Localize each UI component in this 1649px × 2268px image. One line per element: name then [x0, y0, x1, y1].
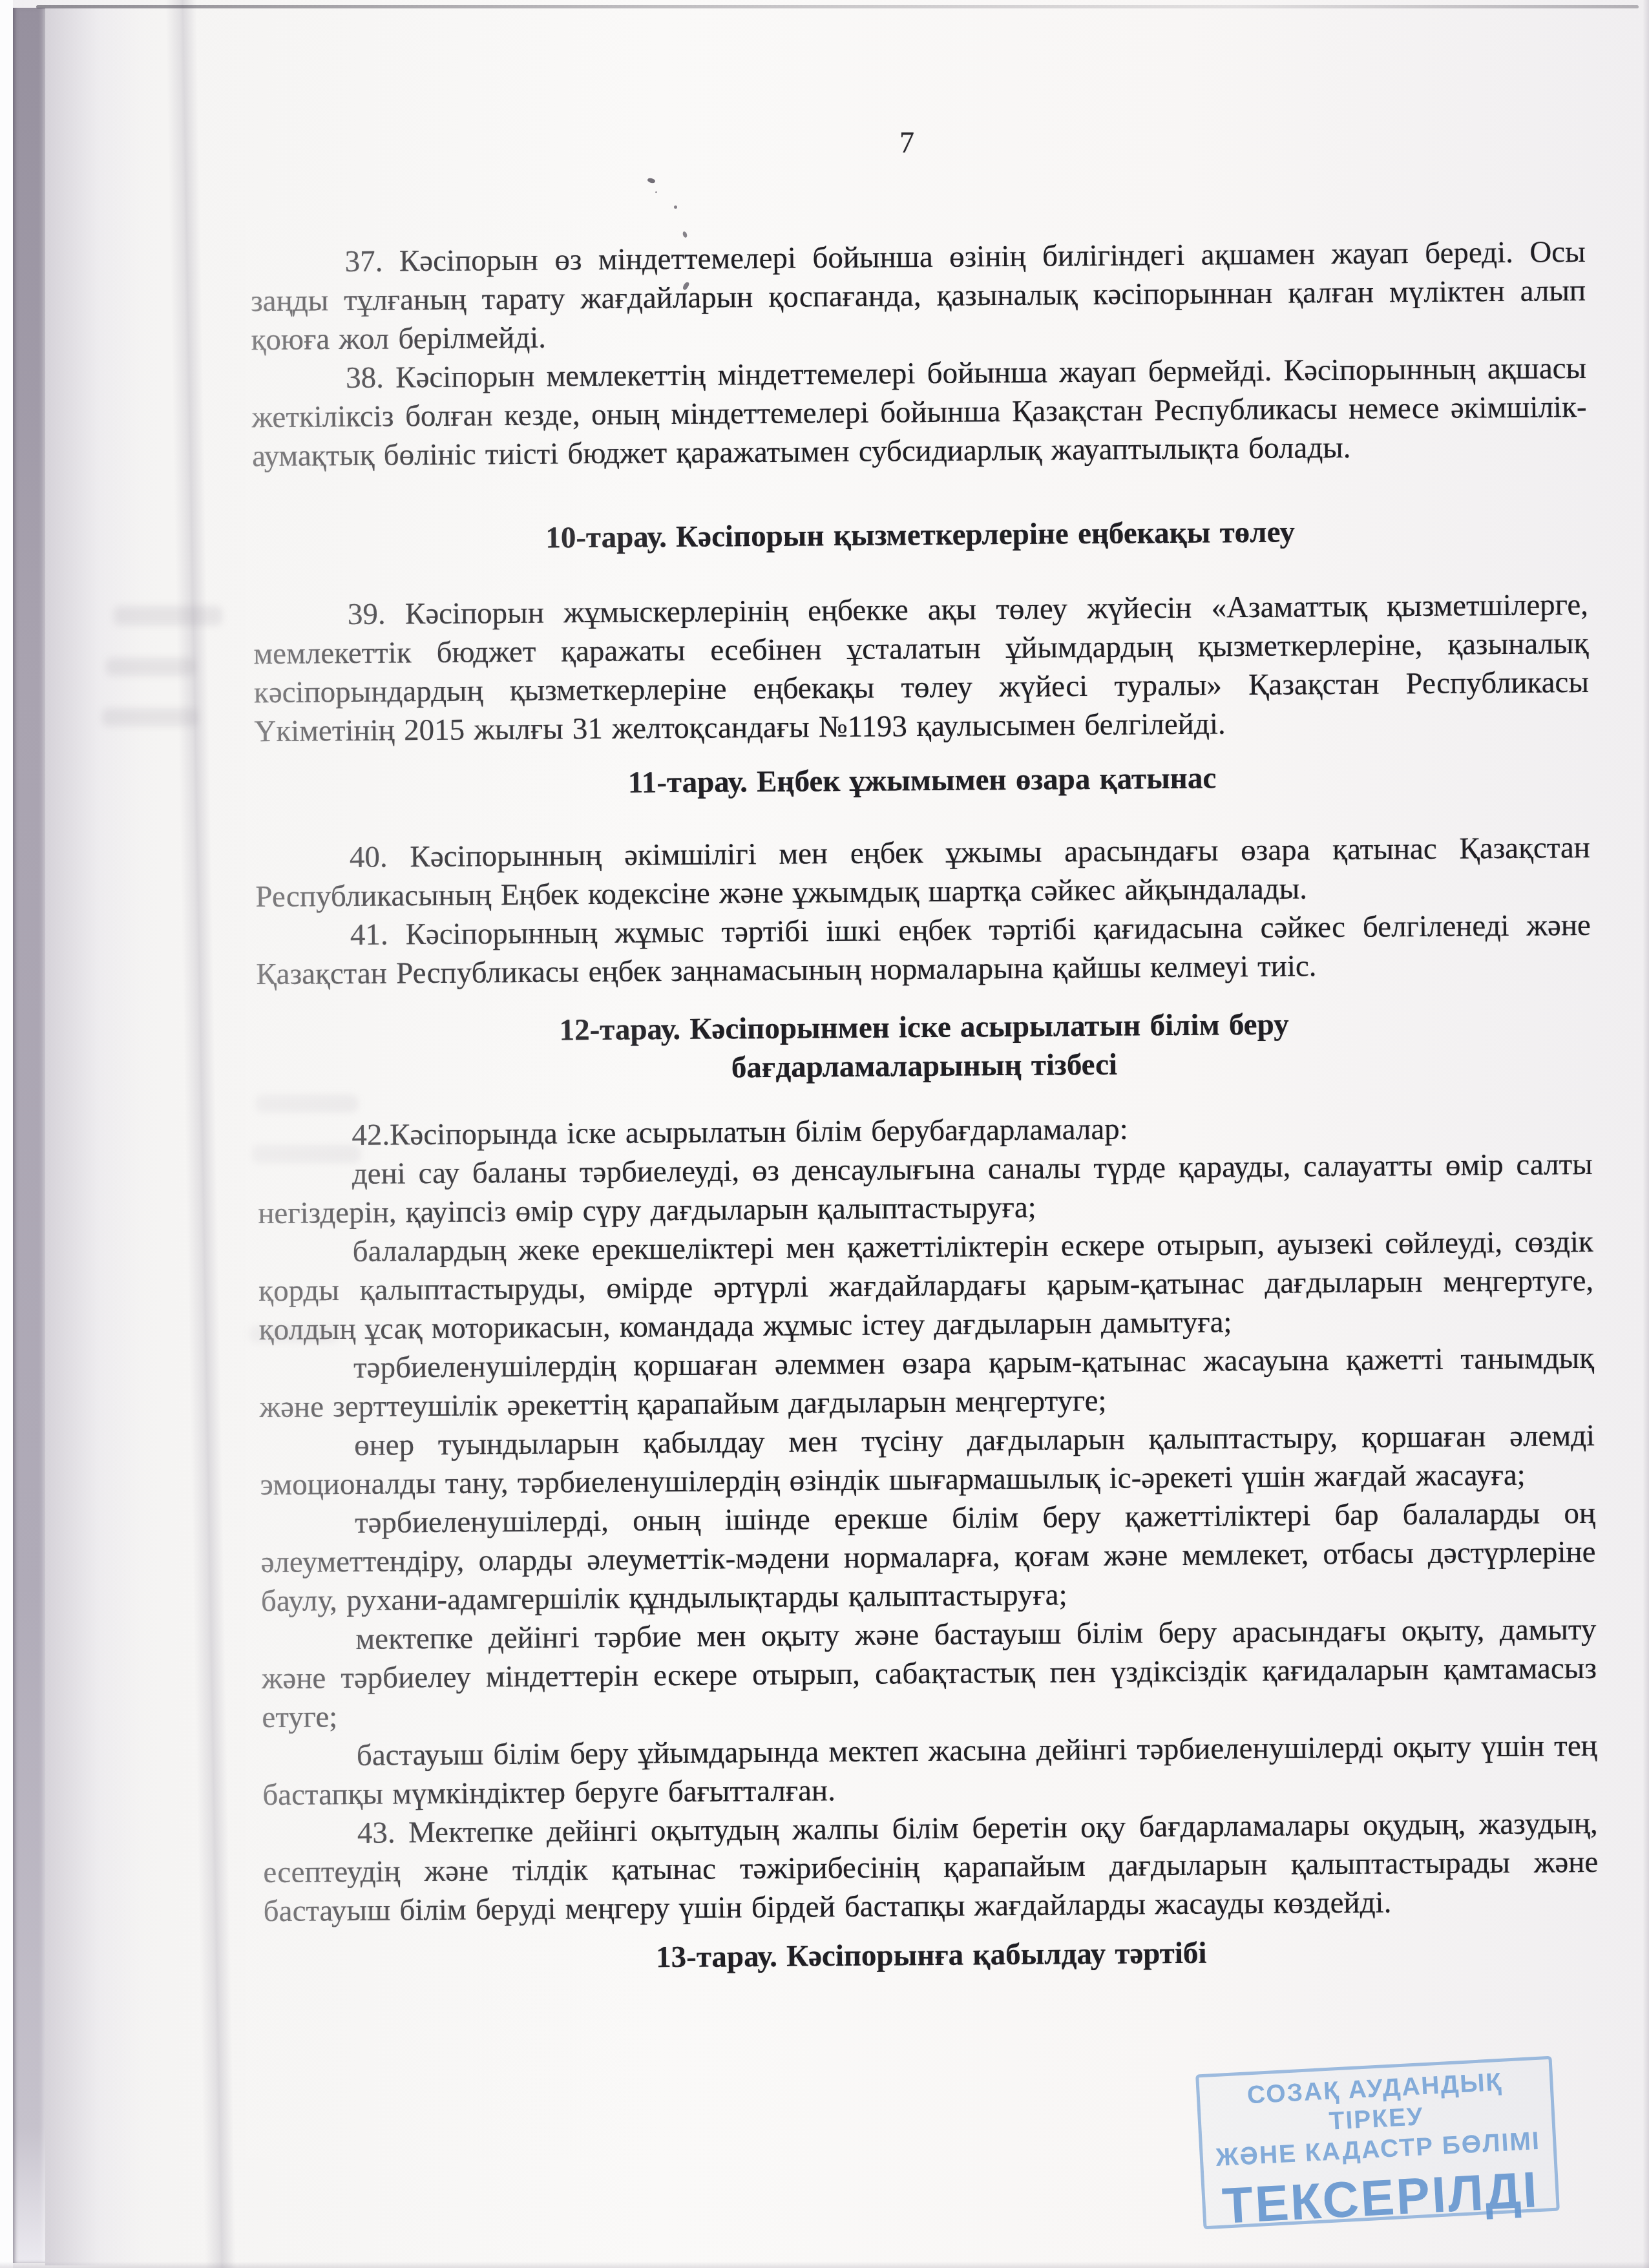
- ink-speck: [647, 177, 656, 184]
- chapter-12-heading: 12-тарау. Кәсіпорынмен іске асырылатын б…: [257, 1003, 1592, 1091]
- page-fold-shadow: [165, 0, 236, 2268]
- paragraph-43: 43. Мектепке дейінгі оқытудың жалпы білі…: [263, 1804, 1599, 1931]
- page-number: 7: [899, 127, 914, 159]
- ink-speck: [655, 191, 657, 193]
- scanner-edge-soft-shadow: [45, 8, 142, 2265]
- ink-speck: [674, 205, 677, 209]
- scan-top-edge-line: [36, 5, 1639, 8]
- ghost-text-smudge: [102, 708, 198, 726]
- scan-bottom-edge-shade: [0, 2262, 1649, 2268]
- chapter-10-heading: 10-тарау. Кәсіпорын қызметкерлеріне еңбе…: [253, 510, 1588, 560]
- registration-stamp: СОЗАҚ АУДАНДЫҚ ТІРКЕУ ЖӘНЕ КАДАСТР БӨЛІМ…: [1195, 2056, 1560, 2230]
- chapter-11-heading: 11-тарау. Еңбек ұжымымен өзара қатынас: [255, 756, 1590, 805]
- paragraph-37: 37. Кәсіпорын өз міндеттемелері бойынша …: [250, 233, 1586, 359]
- scanned-document-page: 7 37. Кәсіпорын өз міндеттемелері бойынш…: [0, 0, 1649, 2268]
- chapter-13-heading: 13-тарау. Кәсіпорынға қабылдау тәртібі: [264, 1931, 1599, 1980]
- paragraph-42-item-7: бастауыш білім беру ұйымдарында мектеп ж…: [262, 1727, 1598, 1814]
- paragraph-39: 39. Кәсіпорын жұмыскерлерінің еңбекке ақ…: [253, 585, 1590, 751]
- paragraph-42-item-3: тәрбиеленушілердің қоршаған әлеммен өзар…: [259, 1339, 1595, 1427]
- ghost-text-smudge: [114, 606, 222, 625]
- scanner-edge-white-strip: [0, 0, 13, 2268]
- document-body: 37. Кәсіпорын өз міндеттемелері бойынша …: [250, 233, 1599, 1980]
- ink-speck: [682, 231, 688, 238]
- paragraph-40: 40. Кәсіпорынның әкімшілігі мен еңбек ұж…: [255, 828, 1591, 916]
- paragraph-38: 38. Кәсіпорын мемлекеттің міндеттемелері…: [251, 349, 1587, 476]
- ghost-text-smudge: [106, 658, 195, 676]
- paragraph-42-item-6: мектепке дейінгі тәрбие мен оқыту және б…: [261, 1610, 1597, 1737]
- paragraph-42-item-1: дені сау баланы тәрбиелеуді, өз денсаулы…: [258, 1145, 1593, 1233]
- paragraph-42-item-4: өнер туындыларын қабылдау мен түсіну дағ…: [260, 1416, 1595, 1504]
- stamp-verified-text: ТЕКСЕРІЛДІ: [1204, 2161, 1557, 2234]
- paragraph-42-item-5: тәрбиеленушілерді, оның ішінде ерекше бі…: [260, 1494, 1596, 1621]
- scanner-edge-dark-band: [13, 8, 45, 2263]
- paragraph-41: 41. Кәсіпорынның жұмыс тәртібі ішкі еңбе…: [256, 906, 1591, 994]
- scan-right-edge-shade: [1643, 0, 1649, 2268]
- paragraph-42-item-2: балалардың жеке ерекшеліктері мен қажетт…: [258, 1223, 1594, 1349]
